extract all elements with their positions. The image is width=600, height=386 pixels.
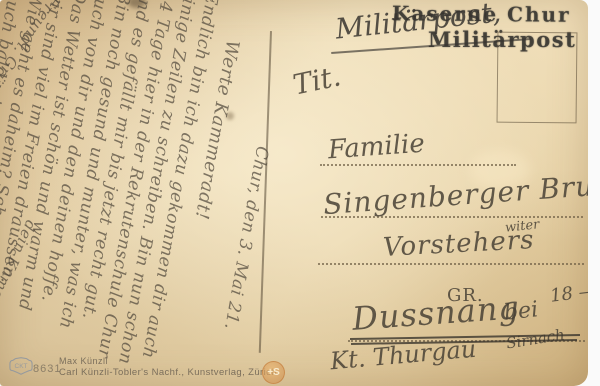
- publisher-imprint: Carl Künzli-Tobler's Nachf., Kunstverlag…: [59, 367, 280, 378]
- address-line-name: Singenberger Bruh: [322, 168, 588, 221]
- round-emblem: +S: [262, 361, 285, 384]
- postcard-back: Kaserne Chur Militärpost Militärpost, Ti…: [0, 0, 588, 386]
- emblem-text: +S: [267, 367, 280, 378]
- stamp-box: [497, 32, 578, 124]
- address-salutation: Tit.: [290, 59, 344, 101]
- address-town-bei: bei: [503, 297, 540, 325]
- publisher-number: 8631: [33, 363, 61, 375]
- publisher-name: Max Künzli: [59, 356, 108, 366]
- address-dotted-line: [318, 263, 584, 265]
- address-line-familie: Familie: [327, 129, 426, 166]
- address-dotted-line: [320, 164, 516, 166]
- address-line-vorstehers: Vorstehers: [382, 225, 535, 263]
- address-number: 18 —: [549, 280, 588, 307]
- publisher-shield-logo: CKT: [9, 356, 33, 376]
- svg-text:CKT: CKT: [15, 363, 28, 370]
- address-line-town: Dussnang: [351, 288, 521, 338]
